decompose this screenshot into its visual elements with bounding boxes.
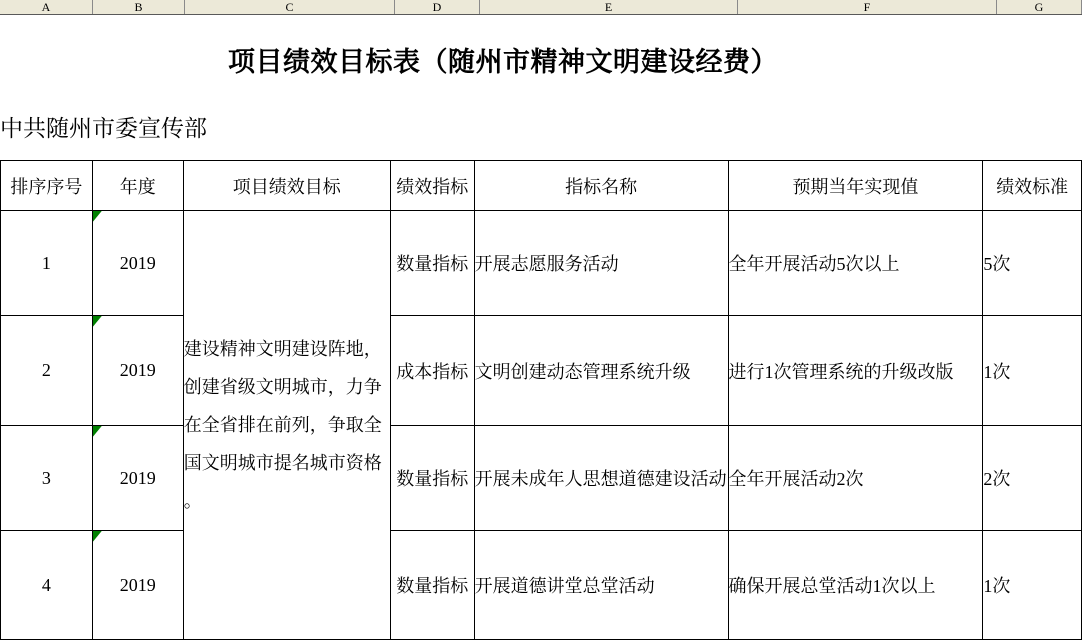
cell-year-value: 2019 bbox=[120, 253, 156, 273]
performance-table: 排序序号 年度 项目绩效目标 绩效指标 指标名称 预期当年实现值 绩效标准 1 … bbox=[0, 160, 1082, 640]
cell-standard[interactable]: 2次 bbox=[983, 426, 1082, 531]
header-expected-value[interactable]: 预期当年实现值 bbox=[728, 161, 983, 211]
cell-indicator-name[interactable]: 开展未成年人思想道德建设活动 bbox=[474, 426, 728, 531]
cell-year[interactable]: 2019 bbox=[92, 426, 183, 531]
cell-year[interactable]: 2019 bbox=[92, 316, 183, 426]
header-indicator-name[interactable]: 指标名称 bbox=[474, 161, 728, 211]
table-row: 3 2019 数量指标 开展未成年人思想道德建设活动 全年开展活动2次 2次 bbox=[1, 426, 1082, 531]
note-triangle-icon bbox=[93, 211, 102, 222]
cell-standard[interactable]: 5次 bbox=[983, 211, 1082, 316]
note-triangle-icon bbox=[93, 531, 102, 542]
cell-year-value: 2019 bbox=[120, 575, 156, 595]
cell-expected-value[interactable]: 确保开展总堂活动1次以上 bbox=[728, 531, 983, 640]
cell-expected-value[interactable]: 进行1次管理系统的升级改版 bbox=[728, 316, 983, 426]
table-header-row: 排序序号 年度 项目绩效目标 绩效指标 指标名称 预期当年实现值 绩效标准 bbox=[1, 161, 1082, 211]
cell-expected-value[interactable]: 全年开展活动5次以上 bbox=[728, 211, 983, 316]
column-header-c[interactable]: C bbox=[185, 0, 395, 14]
cell-indicator-name[interactable]: 文明创建动态管理系统升级 bbox=[474, 316, 728, 426]
column-header-b[interactable]: B bbox=[93, 0, 185, 14]
cell-goal-merged[interactable]: 建设精神文明建设阵地， 创建省级文明城市，力争 在全省排在前列，争取全 国文明城… bbox=[183, 211, 390, 640]
column-header-g[interactable]: G bbox=[997, 0, 1082, 14]
cell-indicator-type[interactable]: 数量指标 bbox=[390, 531, 474, 640]
page-title[interactable]: 项目绩效目标表（随州市精神文明建设经费） bbox=[0, 40, 1006, 79]
cell-year-value: 2019 bbox=[120, 468, 156, 488]
cell-seq[interactable]: 3 bbox=[1, 426, 93, 531]
note-triangle-icon bbox=[93, 426, 102, 437]
cell-indicator-type[interactable]: 数量指标 bbox=[390, 211, 474, 316]
table-row: 4 2019 数量指标 开展道德讲堂总堂活动 确保开展总堂活动1次以上 1次 bbox=[1, 531, 1082, 640]
spreadsheet-view: A B C D E F G 项目绩效目标表（随州市精神文明建设经费） 中共随州市… bbox=[0, 0, 1082, 643]
header-indicator-type[interactable]: 绩效指标 bbox=[390, 161, 474, 211]
cell-standard[interactable]: 1次 bbox=[983, 316, 1082, 426]
column-header-d[interactable]: D bbox=[395, 0, 480, 14]
column-header-e[interactable]: E bbox=[480, 0, 738, 14]
cell-year-value: 2019 bbox=[120, 360, 156, 380]
cell-expected-value[interactable]: 全年开展活动2次 bbox=[728, 426, 983, 531]
org-name[interactable]: 中共随州市委宣传部 bbox=[0, 110, 207, 143]
table-row: 1 2019 建设精神文明建设阵地， 创建省级文明城市，力争 在全省排在前列，争… bbox=[1, 211, 1082, 316]
cell-standard[interactable]: 1次 bbox=[983, 531, 1082, 640]
cell-seq[interactable]: 1 bbox=[1, 211, 93, 316]
cell-indicator-type[interactable]: 数量指标 bbox=[390, 426, 474, 531]
column-header-a[interactable]: A bbox=[0, 0, 93, 14]
cell-indicator-name[interactable]: 开展志愿服务活动 bbox=[474, 211, 728, 316]
cell-year[interactable]: 2019 bbox=[92, 211, 183, 316]
column-header-bar: A B C D E F G bbox=[0, 0, 1082, 15]
cell-indicator-type[interactable]: 成本指标 bbox=[390, 316, 474, 426]
cell-year[interactable]: 2019 bbox=[92, 531, 183, 640]
note-triangle-icon bbox=[93, 316, 102, 327]
table-row: 2 2019 成本指标 文明创建动态管理系统升级 进行1次管理系统的升级改版 1… bbox=[1, 316, 1082, 426]
cell-seq[interactable]: 2 bbox=[1, 316, 93, 426]
header-standard[interactable]: 绩效标准 bbox=[983, 161, 1082, 211]
header-seq[interactable]: 排序序号 bbox=[1, 161, 93, 211]
cell-indicator-name[interactable]: 开展道德讲堂总堂活动 bbox=[474, 531, 728, 640]
column-header-f[interactable]: F bbox=[738, 0, 997, 14]
cell-seq[interactable]: 4 bbox=[1, 531, 93, 640]
header-goal[interactable]: 项目绩效目标 bbox=[183, 161, 390, 211]
header-year[interactable]: 年度 bbox=[92, 161, 183, 211]
